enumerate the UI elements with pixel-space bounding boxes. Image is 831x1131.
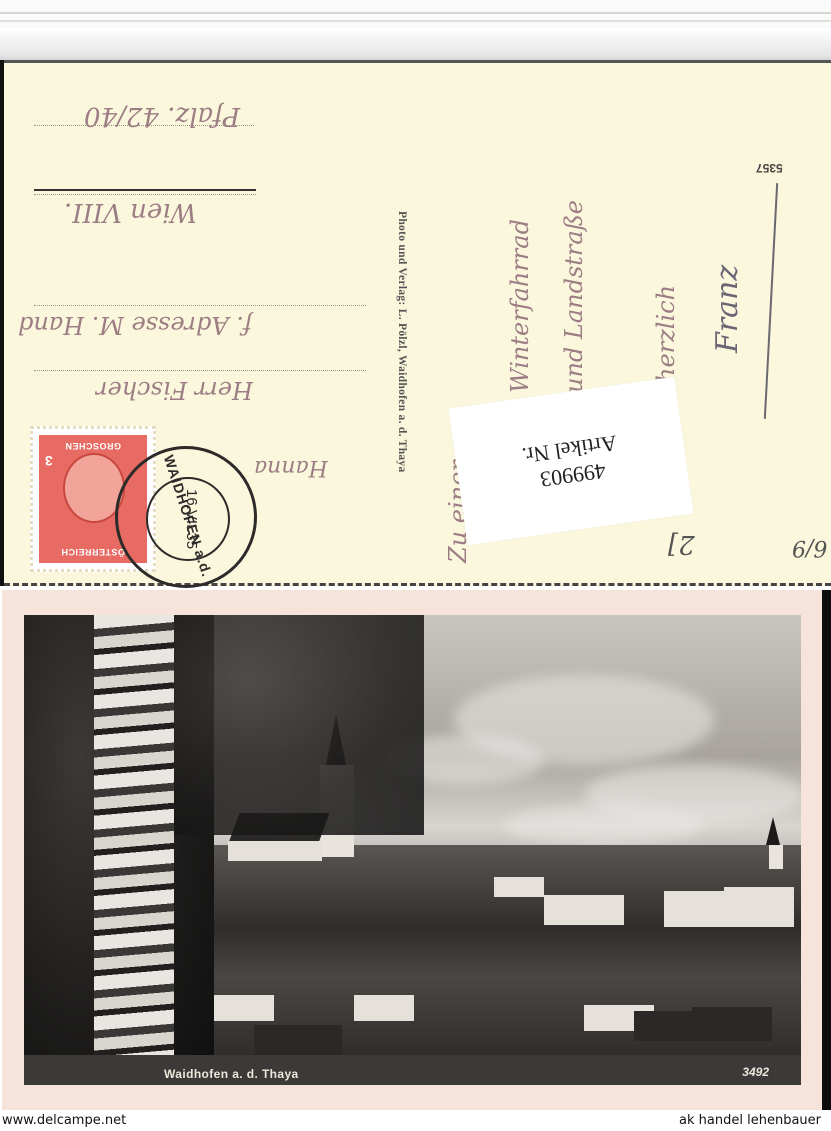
handwritten-message-col-2: Winterfahrrad [506,219,534,393]
seller-name: ak handel lehenbauer [679,1113,821,1128]
house [354,995,414,1021]
address-dotted-line [34,194,256,195]
background-edge [822,590,831,1110]
house [204,995,274,1021]
postmark-date: 16.VII.35 [183,489,200,549]
handwritten-corner-note: 6/9 [792,535,827,560]
handwritten-address-line-4: Herr Fischer [96,376,253,404]
article-label-text: 499903 Artikel Nr. [455,420,688,503]
signature-stroke [764,183,778,419]
top-background-band [0,0,831,62]
stamp-currency: GROSCHEN [39,441,147,451]
postmark: WAIDHOFEN a.d. 16.VII.35 [115,446,257,588]
publisher-imprint: Photo und Verlag: L. Pölzl, Waidhofen a.… [396,211,408,473]
handwritten-greeting: Hanna [254,455,328,480]
photo-caption: Waidhofen a. d. Thaya [164,1067,299,1081]
meadow [24,1055,801,1085]
birch-foliage [174,615,424,835]
handwritten-message-col-4: herzlich [652,285,680,383]
house [494,877,544,897]
band-shadow [0,28,831,62]
small-spire [766,817,780,845]
address-dotted-line [34,370,366,371]
small-tower [769,845,783,869]
barn-roof [692,1007,772,1041]
house [664,891,724,927]
house [544,895,624,925]
catalog-number: 5357 [756,161,783,175]
address-solid-line [34,189,256,191]
handwritten-address-line-1: Pfalz. 42/40 [84,101,240,131]
band-line [0,12,831,14]
address-dotted-line [34,305,366,306]
house [724,887,794,927]
handwritten-bracket-note: 2] [668,529,695,559]
barn-roof [254,1025,342,1055]
town-photo: Waidhofen a. d. Thaya 3492 [24,615,801,1085]
handwritten-address-line-3: f. Adresse M. Hand [18,311,252,339]
handwritten-message-col-3: und Landstraße [560,200,588,393]
stamp-value: 3 [45,453,53,469]
band-line [0,20,831,22]
footer: www.delcampe.net ak handel lehenbauer [0,1111,831,1131]
handwritten-signature: Franz [710,265,745,353]
photo-number: 3492 [742,1065,769,1079]
handwritten-address-line-2: Wien VIII. [64,197,197,227]
birch-trunk [94,615,174,1085]
site-watermark: www.delcampe.net [2,1113,126,1128]
church-nave [228,841,322,861]
cloud [504,805,704,845]
